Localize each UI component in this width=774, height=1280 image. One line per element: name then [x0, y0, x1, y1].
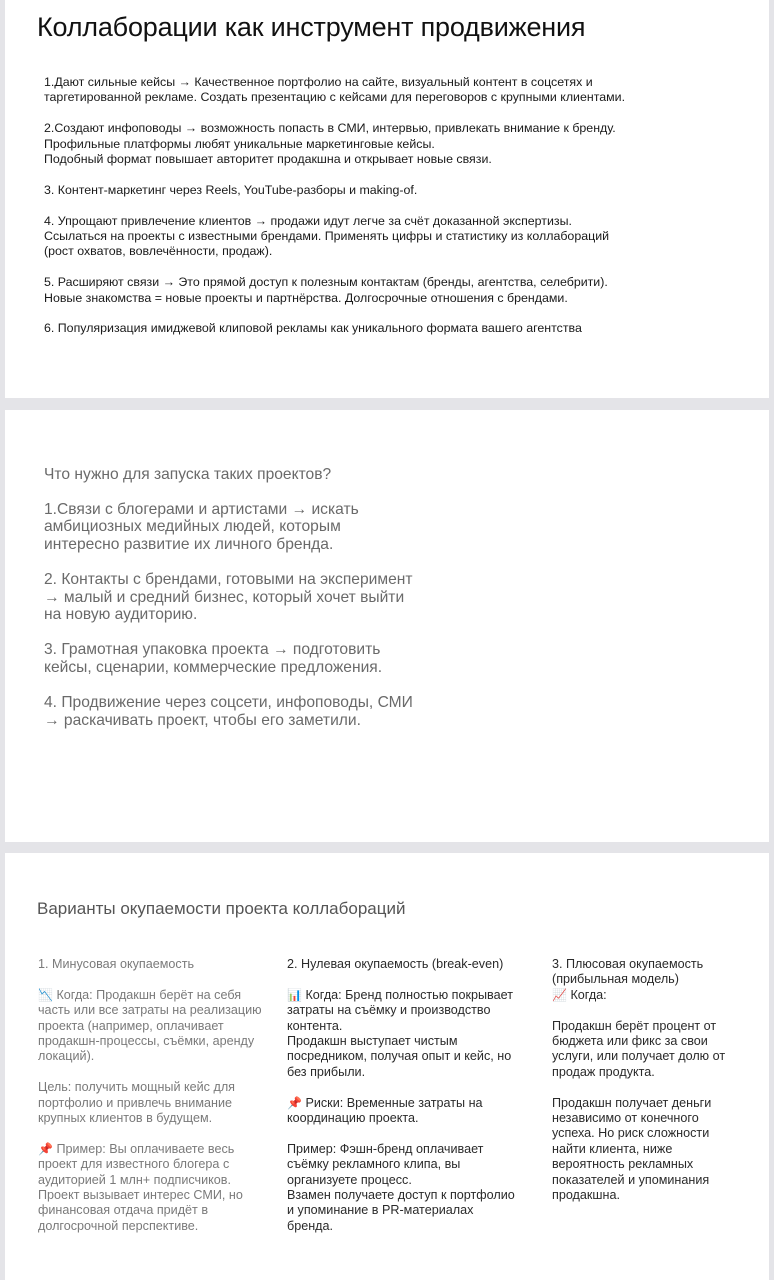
slide-heading: Что нужно для запуска таких проектов? — [44, 466, 414, 484]
risks-paragraph: 📌 Риски: Временные затраты на координаци… — [287, 1096, 519, 1127]
column-negative-payback: 1. Минусовая окупаемость 📉 Когда: Продак… — [38, 957, 270, 1250]
slide-launch-requirements: Что нужно для запуска таких проектов? 1.… — [5, 410, 769, 842]
when-text: Когда: Продакшн берёт на себя часть или … — [38, 988, 262, 1064]
example-paragraph: 📌 Пример: Вы оплачиваете весь проект для… — [38, 1142, 270, 1234]
list-item: 6. Популяризация имиджевой клиповой рекл… — [44, 321, 634, 336]
list-item: 2.Создают инфоповоды → возможность попас… — [44, 121, 634, 167]
when-paragraph: 📉 Когда: Продакшн берёт на себя часть ил… — [38, 988, 270, 1065]
list-item: 4. Продвижение через соцсети, инфоповоды… — [44, 694, 414, 729]
list-item: 3. Грамотная упаковка проекта → подготов… — [44, 641, 414, 676]
list-item: 3. Контент-маркетинг через Reels, YouTub… — [44, 183, 634, 198]
when-text: Когда: — [570, 988, 606, 1002]
body-paragraph: Продакшн берёт процент от бюджета или фи… — [552, 1019, 737, 1081]
when-paragraph: 📊 Когда: Бренд полностью покрывает затра… — [287, 988, 519, 1080]
slide-title: Коллаборации как инструмент продвижения — [37, 12, 585, 43]
list-item: 1.Связи с блогерами и артистами → искать… — [44, 501, 414, 554]
column-heading: 2. Нулевая окупаемость (break-even) — [287, 957, 519, 972]
benefits-list: 1.Дают сильные кейсы → Качественное порт… — [44, 75, 634, 352]
body-paragraph: Продакшн получает деньги независимо от к… — [552, 1096, 737, 1204]
goal-paragraph: Цель: получить мощный кейс для портфолио… — [38, 1080, 270, 1126]
slide-payback-options: Варианты окупаемости проекта коллабораци… — [5, 853, 769, 1280]
list-item: 2. Контакты с брендами, готовыми на эксп… — [44, 571, 414, 624]
list-item: 4. Упрощают привлечение клиентов → прода… — [44, 214, 634, 260]
column-heading: 3. Плюсовая окупаемость (прибыльная моде… — [552, 957, 703, 986]
column-heading: 1. Минусовая окупаемость — [38, 957, 270, 972]
column-heading-block: 3. Плюсовая окупаемость (прибыльная моде… — [552, 957, 737, 1003]
requirements-list: Что нужно для запуска таких проектов? 1.… — [44, 466, 414, 747]
pushpin-icon: 📌 — [287, 1096, 302, 1110]
column-positive-payback: 3. Плюсовая окупаемость (прибыльная моде… — [552, 957, 737, 1219]
bar-chart-icon: 📊 — [287, 988, 302, 1002]
slide-title: Варианты окупаемости проекта коллабораци… — [37, 899, 405, 919]
example-text: Пример: Вы оплачиваете весь проект для и… — [38, 1142, 243, 1233]
example-paragraph: Пример: Фэшн-бренд оплачивает съёмку рек… — [287, 1142, 519, 1234]
column-breakeven-payback: 2. Нулевая окупаемость (break-even) 📊 Ко… — [287, 957, 519, 1250]
chart-increasing-icon: 📈 — [552, 988, 567, 1002]
list-item: 1.Дают сильные кейсы → Качественное порт… — [44, 75, 634, 106]
when-text: Когда: Бренд полностью покрывает затраты… — [287, 988, 513, 1079]
list-item: 5. Расширяют связи → Это прямой доступ к… — [44, 275, 634, 306]
slide-promotion-tool: Коллаборации как инструмент продвижения … — [5, 0, 769, 398]
risks-text: Риски: Временные затраты на координацию … — [287, 1096, 483, 1125]
chart-decreasing-icon: 📉 — [38, 988, 53, 1002]
pushpin-icon: 📌 — [38, 1142, 53, 1156]
